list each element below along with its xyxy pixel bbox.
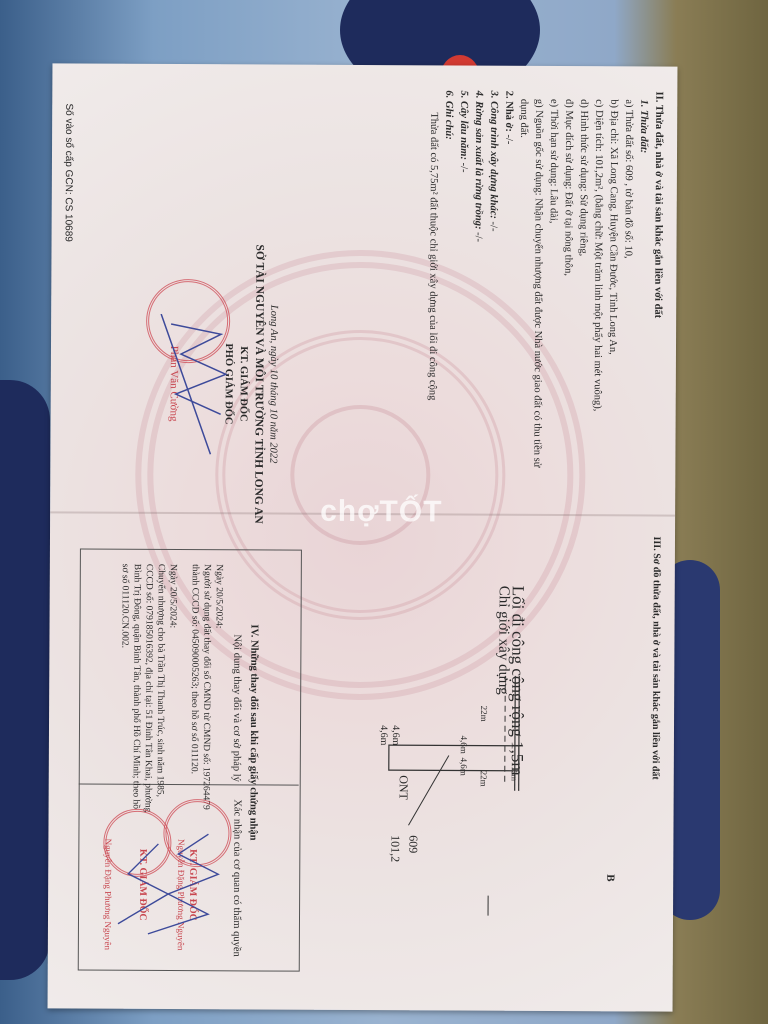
parcel-area: 101,2 bbox=[387, 835, 402, 862]
register-number: Số vào sổ cấp GCN: CS 10689 bbox=[61, 103, 77, 241]
signature-scribble bbox=[150, 314, 241, 464]
signature-scribble bbox=[108, 824, 239, 975]
land-certificate-page: Số vào sổ cấp GCN: CS 10689 II. Thửa đất… bbox=[48, 63, 678, 1011]
note: Thửa đất có 5,75m² đất thuộc chỉ giới xâ… bbox=[424, 90, 441, 467]
section-2-title: II. Thửa đất, nhà ở và tài sản khác gắn … bbox=[649, 92, 666, 469]
chotot-watermark: chợTỐT bbox=[320, 495, 443, 530]
change-entry: Ngày 20/5/2024: Người sử dụng đất thay đ… bbox=[118, 564, 225, 813]
parcel-diagram bbox=[368, 675, 549, 926]
background-cartoon-shape bbox=[0, 380, 50, 980]
land-type-label: ONT bbox=[396, 775, 411, 800]
parcel-number: 609 bbox=[405, 835, 420, 853]
section-2: II. Thửa đất, nhà ở và tài sản khác gắn … bbox=[424, 90, 666, 468]
north-arrow-icon: B bbox=[604, 874, 616, 881]
section-4-title: IV. Những thay đổi sau khi cấp giấy chứn… bbox=[245, 624, 261, 840]
section-3-title: III. Sơ đồ thửa đất, nhà ở và tài sản kh… bbox=[648, 537, 664, 780]
